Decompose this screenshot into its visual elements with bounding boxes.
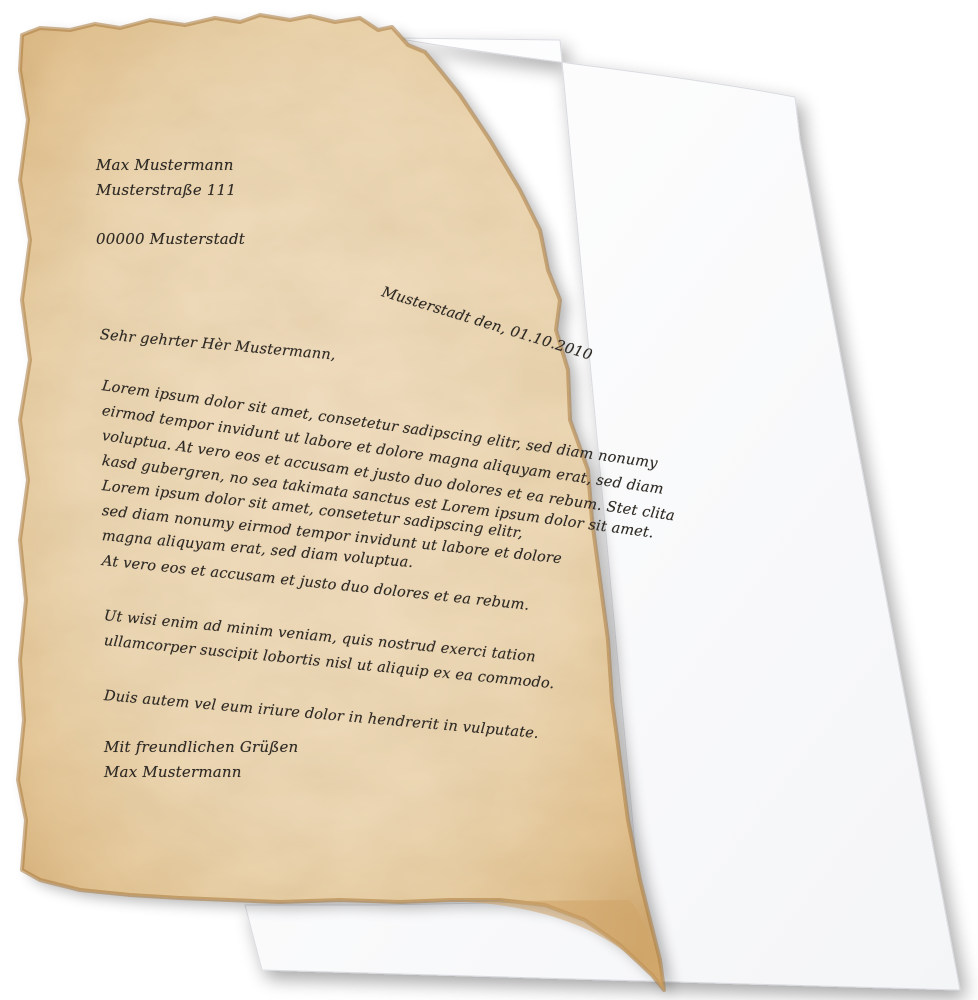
stationery-photo	[0, 0, 978, 1000]
paper-sheets-illustration	[0, 0, 978, 1000]
